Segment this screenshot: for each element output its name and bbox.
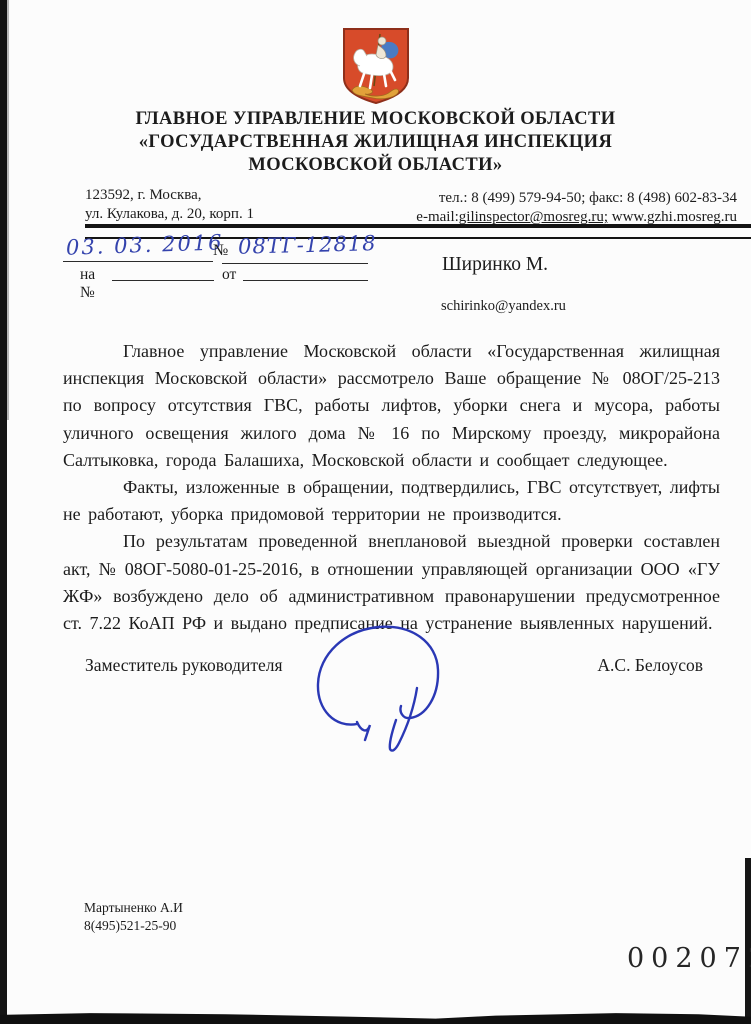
- reply-date-underline: [243, 280, 368, 281]
- signer-name: А.С. Белоусов: [597, 655, 703, 676]
- scan-edge-right: [745, 858, 751, 1024]
- title-line-3: МОСКОВСКОЙ ОБЛАСТИ»: [0, 154, 751, 177]
- executor-name: Мартыненко А.И: [84, 899, 183, 917]
- reply-number-underline: [112, 280, 214, 281]
- recipient-name: Ширинко М.: [442, 254, 548, 276]
- title-line-2: «ГОСУДАРСТВЕННАЯ ЖИЛИЩНАЯ ИНСПЕКЦИЯ: [0, 131, 751, 154]
- body-paragraph-1: Главное управление Московской области «Г…: [63, 338, 720, 474]
- organization-title: ГЛАВНОЕ УПРАВЛЕНИЕ МОСКОВСКОЙ ОБЛАСТИ «Г…: [0, 108, 751, 177]
- handwritten-date: 03. 03. 2016: [66, 230, 224, 259]
- letter-body: Главное управление Московской области «Г…: [63, 338, 720, 637]
- date-underline: [63, 261, 213, 262]
- recipient-email: schirinko@yandex.ru: [441, 298, 566, 315]
- reply-date-label: от: [222, 266, 236, 284]
- email-prefix: e-mail:: [416, 209, 458, 225]
- scan-edge-bottom: [0, 1010, 751, 1024]
- handwritten-outgoing-number: 08ТГ-12818: [238, 231, 377, 259]
- moscow-oblast-coat-of-arms-icon: [340, 26, 412, 106]
- signer-position: Заместитель руководителя: [85, 655, 283, 676]
- address-line-2: ул. Кулакова, д. 20, корп. 1: [85, 205, 254, 224]
- reply-number-label: на №: [80, 266, 95, 302]
- title-line-1: ГЛАВНОЕ УПРАВЛЕНИЕ МОСКОВСКОЙ ОБЛАСТИ: [0, 108, 751, 131]
- body-paragraph-2: Факты, изложенные в обращении, подтверди…: [63, 474, 720, 528]
- handwritten-signature: [305, 612, 457, 754]
- executor-phone: 8(495)521-25-90: [84, 917, 183, 935]
- phone-fax-line: тел.: 8 (499) 579-94-50; факс: 8 (498) 6…: [416, 189, 737, 208]
- registration-stamp-number: 002072: [627, 943, 751, 974]
- executor-block: Мартыненко А.И 8(495)521-25-90: [84, 899, 183, 934]
- address-line-1: 123592, г. Москва,: [85, 186, 254, 205]
- scanned-letter-page: ГЛАВНОЕ УПРАВЛЕНИЕ МОСКОВСКОЙ ОБЛАСТИ «Г…: [0, 0, 751, 1024]
- email-address: gilinspector@mosreg.ru;: [459, 209, 608, 225]
- organization-contacts: тел.: 8 (499) 579-94-50; факс: 8 (498) 6…: [416, 189, 737, 227]
- number-sign: №: [213, 242, 228, 260]
- website-address: www.gzhi.mosreg.ru: [608, 209, 737, 225]
- organization-address: 123592, г. Москва, ул. Кулакова, д. 20, …: [85, 186, 254, 224]
- number-underline: [222, 263, 368, 264]
